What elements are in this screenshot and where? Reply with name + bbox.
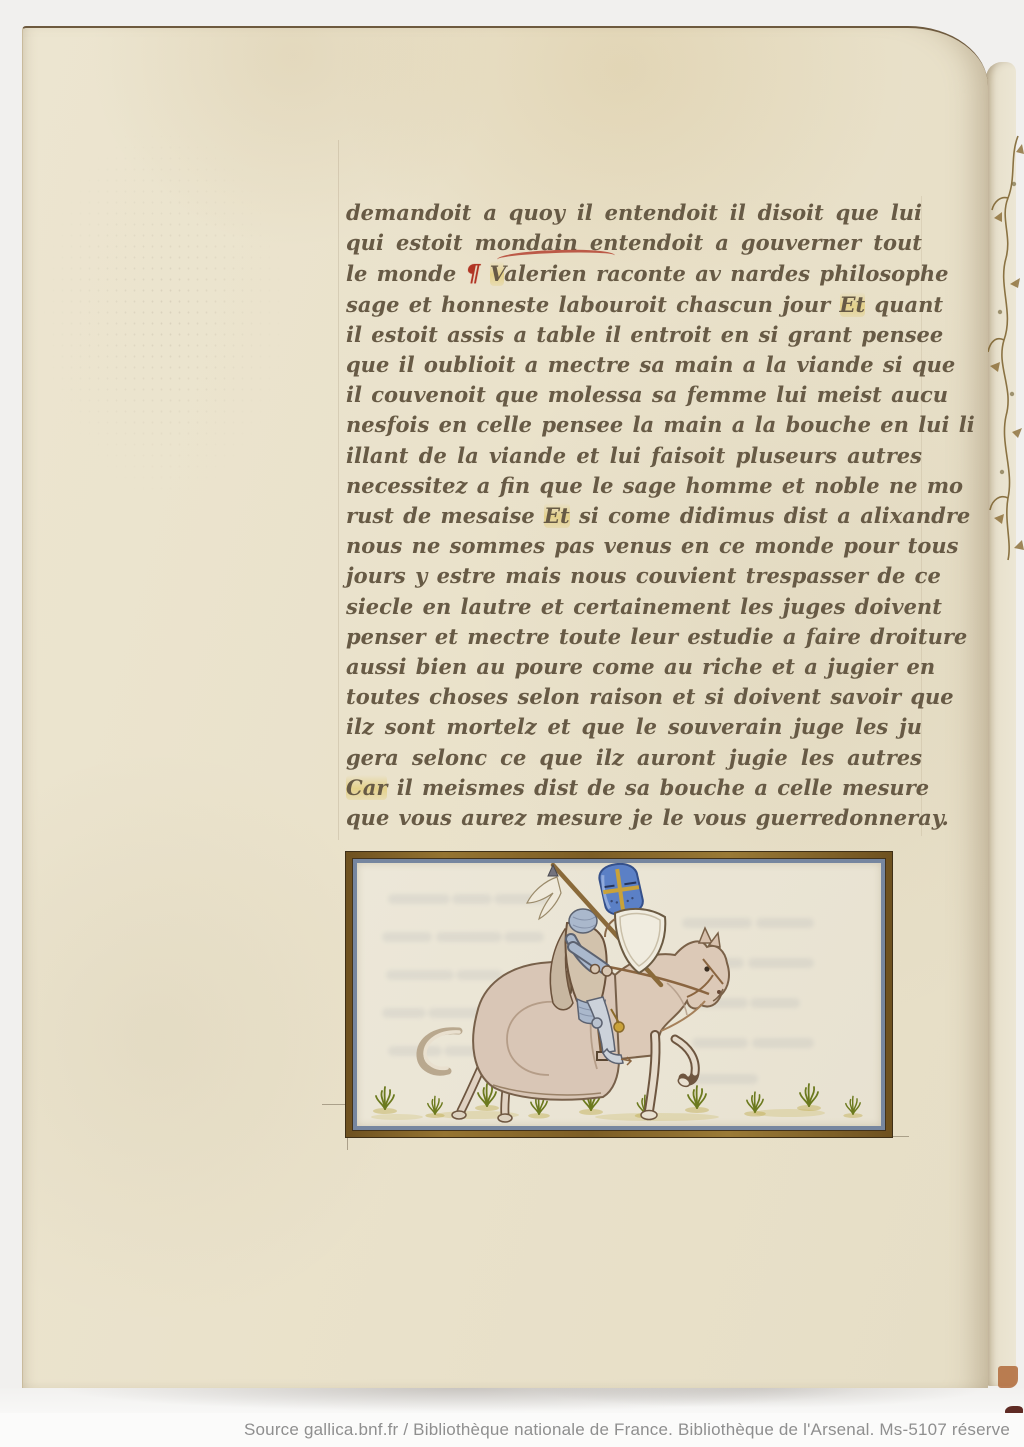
red-pilcrow: ¶ xyxy=(466,259,481,287)
text-segment: le monde xyxy=(346,261,466,286)
text-segment: il couvenoit que molessa sa femme lui me… xyxy=(346,382,948,407)
manuscript-text-line: nesfois en celle pensee la main a la bou… xyxy=(346,410,922,440)
manuscript-text-line: il couvenoit que molessa sa femme lui me… xyxy=(346,380,922,410)
manuscript-text-line: toutes choses selon raison et si doivent… xyxy=(346,682,922,712)
yellow-washed-initial: Et xyxy=(840,292,866,317)
manuscript-text-line: aussi bien au poure come au riche et a j… xyxy=(346,652,922,682)
scan-shadow xyxy=(0,1388,1024,1414)
text-segment: il meismes dist de sa bouche a celle mes… xyxy=(387,775,929,800)
text-segment: ilz sont mortelz et que le souverain jug… xyxy=(346,714,922,739)
text-segment: il estoit assis a table il entroit en si… xyxy=(346,322,943,347)
text-segment: penser et mectre toute leur estudie a fa… xyxy=(346,624,967,649)
yellow-washed-initial: Car xyxy=(346,775,387,800)
text-segment: que il oublioit a mectre sa main a la vi… xyxy=(346,352,955,377)
manuscript-text-line: gera selonc ce que ilz auront jugie les … xyxy=(346,743,922,773)
text-segment: quant xyxy=(865,292,943,317)
manuscript-text-line: illant de la viande et lui faisoit pluse… xyxy=(346,441,922,471)
text-segment: illant de la viande et lui faisoit pluse… xyxy=(346,443,922,468)
manuscript-text-line: penser et mectre toute leur estudie a fa… xyxy=(346,622,922,652)
text-segment xyxy=(480,261,489,286)
footer-credit: Source gallica.bnf.fr / Bibliothèque nat… xyxy=(244,1420,1010,1439)
footer-bar: Source gallica.bnf.fr / Bibliothèque nat… xyxy=(0,1413,1024,1447)
manuscript-text-line: que il oublioit a mectre sa main a la vi… xyxy=(346,350,922,380)
manuscript-text-line: il estoit assis a table il entroit en si… xyxy=(346,320,922,350)
manuscript-text-line: rust de mesaise Et si come didimus dist … xyxy=(346,501,922,531)
text-segment: demandoit a quoy il entendoit il disoit … xyxy=(346,200,922,225)
scanned-manuscript-view: demandoit a quoy il entendoit il disoit … xyxy=(0,0,1024,1447)
manuscript-text-line: necessitez a fin que le sage homme et no… xyxy=(346,471,922,501)
vine-decoration xyxy=(988,126,1024,566)
manuscript-text: demandoit a quoy il entendoit il disoit … xyxy=(346,198,922,833)
text-segment: nesfois en celle pensee la main a la bou… xyxy=(346,412,975,437)
text-segment: sage et honneste labouroit chascun jour xyxy=(346,292,840,317)
binding-edge xyxy=(998,1366,1018,1388)
text-segment: nous ne sommes pas venus en ce monde pou… xyxy=(346,533,958,558)
text-segment: que vous aurez mesure je le vous guerred… xyxy=(346,805,949,830)
manuscript-text-line: qui estoit mondain entendoit a gouverner… xyxy=(346,228,922,258)
manuscript-text-line: nous ne sommes pas venus en ce monde pou… xyxy=(346,531,922,561)
text-segment: necessitez a fin que le sage homme et no… xyxy=(346,473,963,498)
text-segment: toutes choses selon raison et si doivent… xyxy=(346,684,954,709)
corner-tick xyxy=(893,1136,909,1137)
text-segment: jours y estre mais nous couvient trespas… xyxy=(346,563,941,588)
text-segment: alerien raconte av nardes philosophe xyxy=(504,261,948,286)
manuscript-text-line: siecle en lautre et certainement les jug… xyxy=(346,592,922,622)
manuscript-text-line: demandoit a quoy il entendoit il disoit … xyxy=(346,198,922,228)
text-segment: aussi bien au poure come au riche et a j… xyxy=(346,654,935,679)
corner-tick xyxy=(347,1138,348,1150)
text-segment: gera selonc ce que ilz auront jugie les … xyxy=(346,745,922,770)
pennant xyxy=(527,877,561,919)
text-segment: rust de mesaise xyxy=(346,503,544,528)
miniature-panel xyxy=(357,863,881,1126)
manuscript-text-line: ilz sont mortelz et que le souverain jug… xyxy=(346,712,922,742)
text-segment: qui estoit mondain entendoit a gouverner… xyxy=(346,230,922,255)
manuscript-text-line: sage et honneste labouroit chascun jour … xyxy=(346,290,922,320)
manuscript-text-line: que vous aurez mesure je le vous guerred… xyxy=(346,803,922,833)
manuscript-text-line: le monde ¶ Valerien raconte av nardes ph… xyxy=(346,258,922,289)
knight-miniature-illustration xyxy=(357,863,881,1126)
manuscript-text-line: Car il meismes dist de sa bouche a celle… xyxy=(346,773,922,803)
sword-pommel xyxy=(614,1022,624,1032)
mail-coif xyxy=(569,909,597,933)
yellow-washed-initial: Et xyxy=(544,503,570,528)
text-segment: si come didimus dist a alixandre xyxy=(570,503,971,528)
miniature-frame xyxy=(345,851,893,1138)
ruling-line-left xyxy=(338,140,339,840)
manuscript-text-line: jours y estre mais nous couvient trespas… xyxy=(346,561,922,591)
page-speckles xyxy=(40,120,290,500)
corner-tick xyxy=(322,1104,345,1105)
text-segment: siecle en lautre et certainement les jug… xyxy=(346,594,942,619)
